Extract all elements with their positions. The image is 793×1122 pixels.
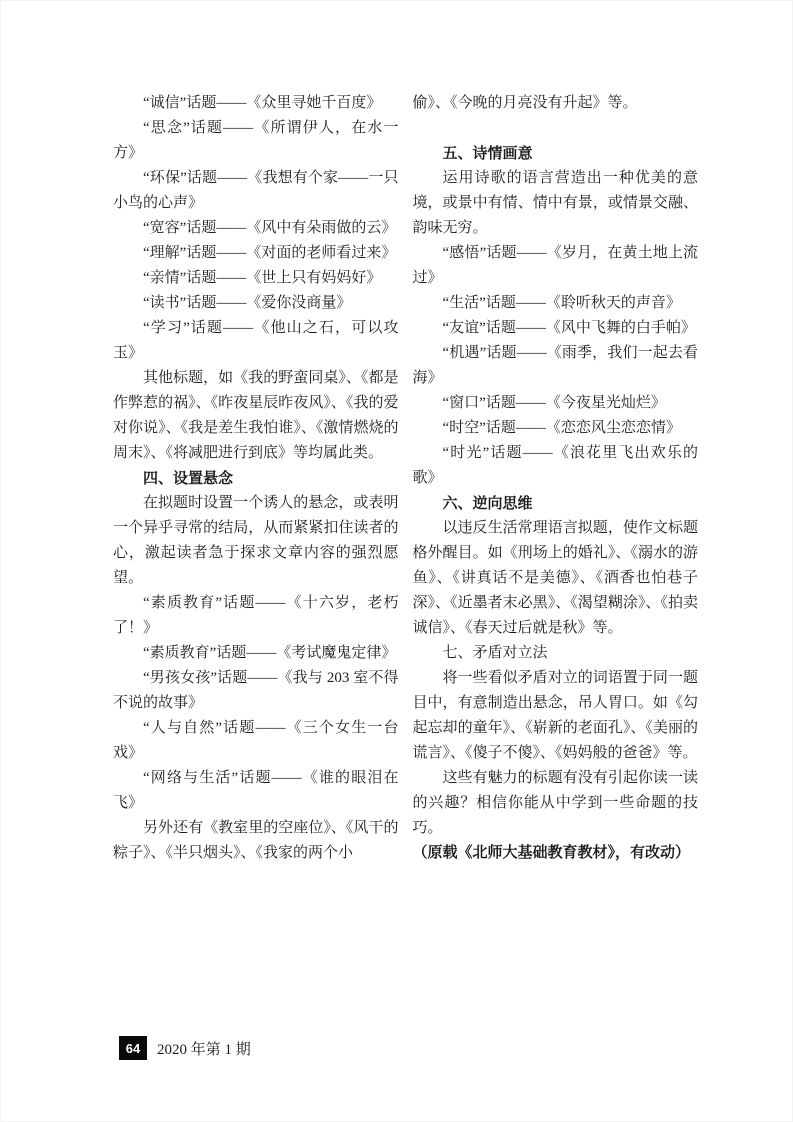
topic-line: “学习”话题——《他山之石，可以攻玉》 <box>113 316 399 366</box>
left-column: “诚信”话题——《众里寻她千百度》 “思念”话题——《所谓伊人，在水一方》 “环… <box>113 91 399 866</box>
topic-line: “感悟”话题——《岁月，在黄土地上流过》 <box>413 241 699 291</box>
paragraph: 以违反生活常理语言拟题，使作文标题格外醒目。如《刑场上的婚礼》、《溺水的游鱼》、… <box>413 516 699 641</box>
topic-line: “窗口”话题——《今夜星光灿烂》 <box>413 391 699 416</box>
topic-line: “思念”话题——《所谓伊人，在水一方》 <box>113 116 399 166</box>
topic-line: “读书”话题——《爱你没商量》 <box>113 291 399 316</box>
topic-line: “网络与生活”话题——《谁的眼泪在飞》 <box>113 766 399 816</box>
paragraph: 这些有魅力的标题有没有引起你读一读的兴趣？相信你能从中学到一些命题的技巧。 <box>413 766 699 841</box>
topic-line: “时空”话题——《恋恋风尘恋恋情》 <box>413 416 699 441</box>
paragraph: 将一些看似矛盾对立的词语置于同一题目中，有意制造出悬念，吊人胃口。如《勾起忘却的… <box>413 666 699 766</box>
paragraph: 运用诗歌的语言营造出一种优美的意境，或景中有情、情中有景，或情景交融、韵味无穷。 <box>413 166 699 241</box>
topic-line: “素质教育”话题——《考试魔鬼定律》 <box>113 641 399 666</box>
topic-line: “宽容”话题——《风中有朵雨做的云》 <box>113 216 399 241</box>
paragraph: 其他标题，如《我的野蛮同桌》、《都是作弊惹的祸》、《昨夜星辰昨夜风》、《我的爱对… <box>113 366 399 466</box>
paragraph: 在拟题时设置一个诱人的悬念，或表明一个异乎寻常的结局，从而紧紧扣住读者的心，激起… <box>113 491 399 591</box>
magazine-page: “诚信”话题——《众里寻她千百度》 “思念”话题——《所谓伊人，在水一方》 “环… <box>0 0 793 1122</box>
section-heading-5: 五、诗情画意 <box>413 141 699 166</box>
paragraph: 另外还有《教室里的空座位》、《风干的粽子》、《半只烟头》、《我家的两个小 <box>113 816 399 866</box>
topic-line: “时光”话题——《浪花里飞出欢乐的歌》 <box>413 441 699 491</box>
source-attribution: （原载《北师大基础教育教材》，有改动） <box>413 841 699 866</box>
issue-label: 2020 年第 1 期 <box>157 1038 251 1059</box>
section-heading-4: 四、设置悬念 <box>113 466 399 491</box>
topic-line: “生活”话题——《聆听秋天的声音》 <box>413 291 699 316</box>
topic-line: “理解”话题——《对面的老师看过来》 <box>113 241 399 266</box>
topic-line: “友谊”话题——《风中飞舞的白手帕》 <box>413 316 699 341</box>
topic-line: “素质教育”话题——《十六岁，老朽了！》 <box>113 591 399 641</box>
page-number-badge: 64 <box>119 1036 147 1060</box>
topic-line: “环保”话题——《我想有个家——一只小鸟的心声》 <box>113 166 399 216</box>
section-heading-7: 七、矛盾对立法 <box>413 641 699 666</box>
topic-line: “男孩女孩”话题——《我与 203 室不得不说的故事》 <box>113 666 399 716</box>
topic-line: “诚信”话题——《众里寻她千百度》 <box>113 91 399 116</box>
right-column: 偷》、《今晚的月亮没有升起》等。 五、诗情画意 运用诗歌的语言营造出一种优美的意… <box>413 91 699 866</box>
topic-line: “人与自然”话题——《三个女生一台戏》 <box>113 716 399 766</box>
topic-line: “机遇”话题——《雨季，我们一起去看海》 <box>413 341 699 391</box>
paragraph-continuation: 偷》、《今晚的月亮没有升起》等。 <box>413 91 699 116</box>
section-heading-6: 六、逆向思维 <box>413 491 699 516</box>
two-column-body: “诚信”话题——《众里寻她千百度》 “思念”话题——《所谓伊人，在水一方》 “环… <box>113 91 698 866</box>
page-footer: 64 2020 年第 1 期 <box>119 1036 251 1060</box>
topic-line: “亲情”话题——《世上只有妈妈好》 <box>113 266 399 291</box>
